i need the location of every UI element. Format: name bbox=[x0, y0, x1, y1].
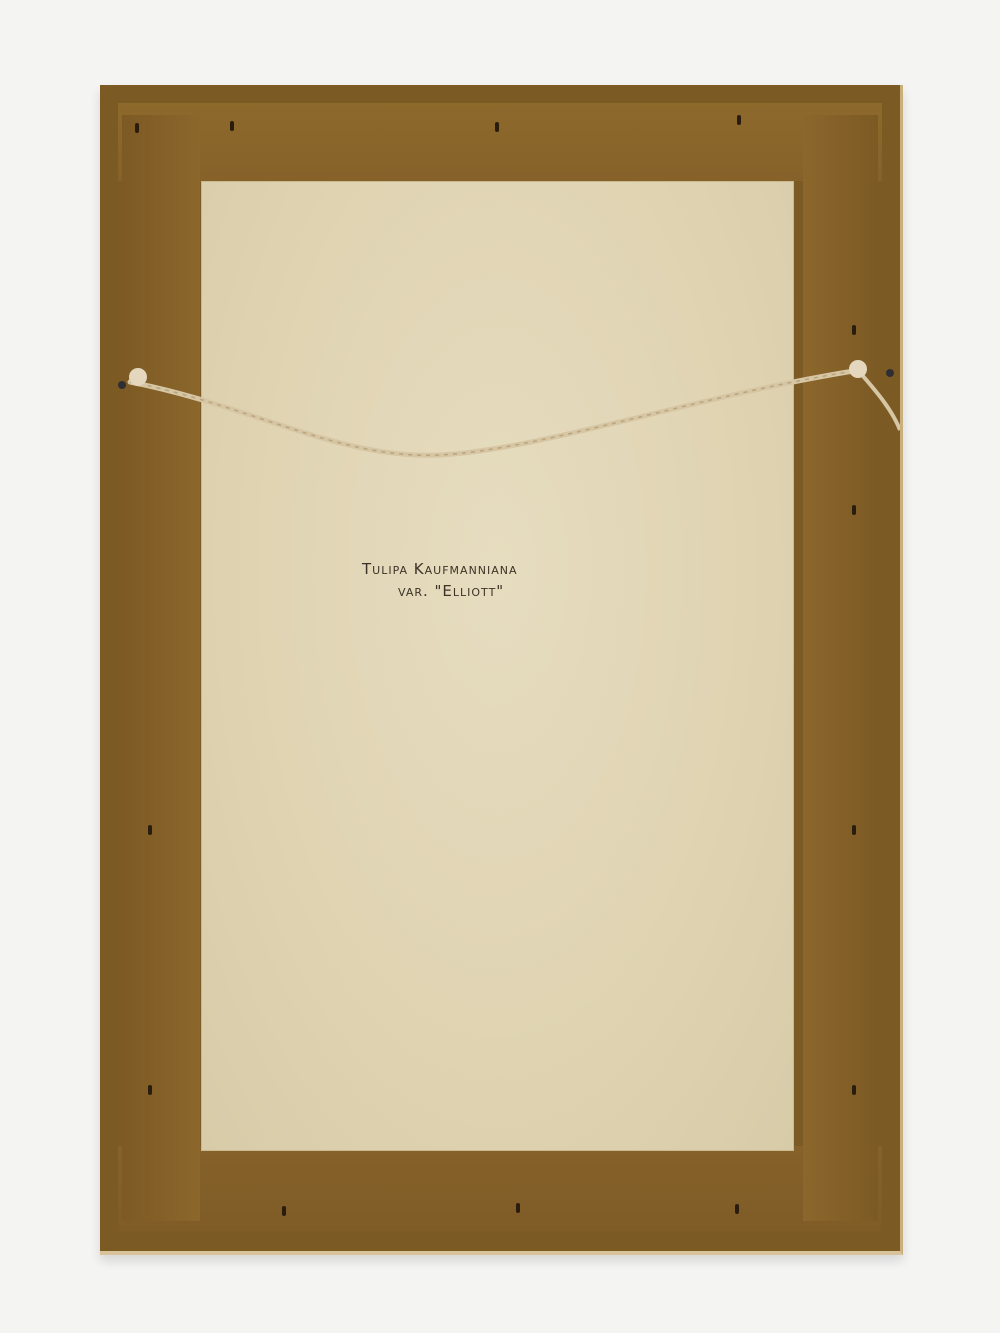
handwritten-inscription: Tulipa Kaufmanniana var. "Elliott" bbox=[362, 560, 622, 600]
nail-icon bbox=[852, 505, 856, 515]
nail-icon bbox=[495, 122, 499, 132]
nail-icon bbox=[852, 325, 856, 335]
tape-strip-top bbox=[118, 103, 882, 181]
tape-strip-bottom bbox=[118, 1146, 882, 1231]
nail-icon bbox=[230, 121, 234, 131]
nail-icon bbox=[282, 1206, 286, 1216]
nail-icon bbox=[852, 1085, 856, 1095]
nail-icon bbox=[148, 825, 152, 835]
backing-paper: Tulipa Kaufmanniana var. "Elliott" bbox=[202, 182, 793, 1150]
nail-icon bbox=[852, 825, 856, 835]
nail-icon bbox=[737, 115, 741, 125]
inscription-line-2: var. "Elliott" bbox=[398, 582, 622, 600]
nail-icon bbox=[735, 1204, 739, 1214]
frame-back-board: Tulipa Kaufmanniana var. "Elliott" bbox=[100, 85, 903, 1255]
tape-strip-left bbox=[122, 115, 200, 1221]
nail-icon bbox=[135, 123, 139, 133]
nail-icon bbox=[148, 1085, 152, 1095]
inscription-line-1: Tulipa Kaufmanniana bbox=[362, 560, 622, 578]
nail-icon bbox=[516, 1203, 520, 1213]
tape-strip-right bbox=[803, 115, 878, 1221]
